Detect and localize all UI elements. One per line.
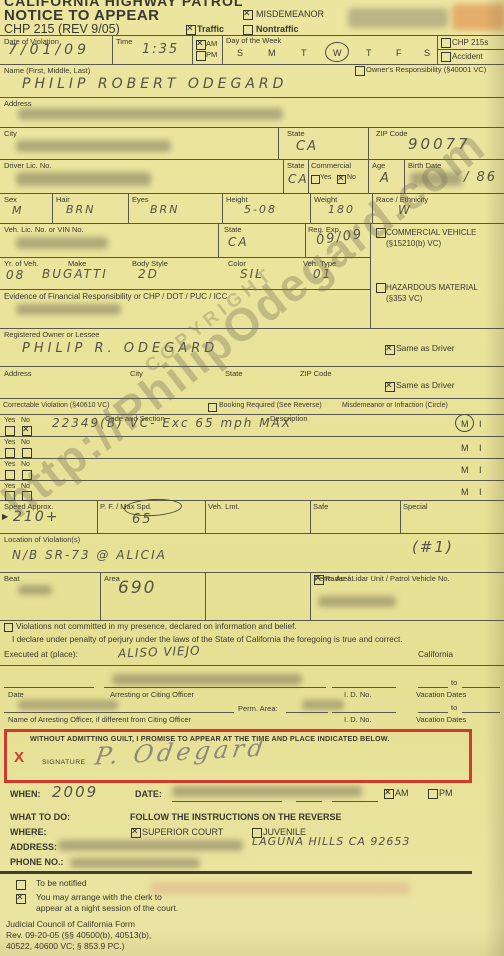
v2-no-checkbox — [22, 448, 32, 458]
day-f: F — [396, 48, 402, 58]
when-label: WHEN: — [10, 789, 41, 799]
state-label-2: State — [287, 162, 305, 171]
zip-label: ZIP Code — [376, 130, 408, 139]
chp215s-label: CHP 215s — [452, 38, 488, 47]
v4-no-label: No — [21, 483, 30, 491]
hazmat-checkbox — [376, 283, 386, 293]
commercial-no-label: No — [347, 174, 356, 182]
chp215s-checkbox — [441, 38, 451, 48]
redacted-stamp — [452, 4, 504, 30]
speed-value: 210+ — [13, 509, 59, 525]
redacted-birthdate — [410, 172, 462, 186]
vacation-dates-label-1: Vacation Dates — [416, 691, 466, 700]
v2-i-label: I — [479, 443, 482, 453]
sex-value: M — [12, 204, 24, 217]
misdemeanor-checkbox — [243, 10, 253, 20]
day-s2: S — [424, 48, 430, 58]
executed-at-label: Executed at (place): — [4, 650, 78, 660]
body-style-value: 2D — [138, 267, 159, 281]
signature-x: X — [14, 749, 24, 766]
state-value-2: CA — [288, 172, 309, 186]
state-label-3: State — [224, 226, 242, 235]
where-label: WHERE: — [10, 827, 47, 837]
beat-label: Beat — [4, 575, 19, 584]
safe-label: Safe — [313, 503, 328, 512]
bleed-through-text — [150, 882, 410, 895]
height-value: 5-08 — [244, 203, 277, 216]
not-committed-label: Violations not committed in my presence,… — [16, 622, 297, 632]
redacted-phone — [70, 858, 200, 868]
hazmat-label: HAZARDOUS MATERIAL — [386, 283, 478, 292]
v2-no-label: No — [21, 439, 30, 447]
owner-responsibility-checkbox — [355, 66, 365, 76]
appear-pm-label: PM — [439, 788, 453, 798]
same-as-driver-label-1: Same as Driver — [396, 344, 455, 354]
v4-yes-checkbox — [5, 491, 15, 501]
redacted-officer-signature — [112, 674, 302, 685]
california-label: California — [418, 650, 453, 660]
superior-court-checkbox — [131, 828, 141, 838]
executed-at-value: ALISO VIEJO — [118, 644, 201, 661]
night-session-line2: appear at a night session of the court. — [36, 904, 178, 914]
footer-line1: Judicial Council of California Form — [6, 920, 135, 930]
name-value: PHILIP ROBERT ODEGARD — [22, 76, 287, 92]
signature-label: SIGNATURE — [42, 759, 86, 767]
v3-i-label: I — [479, 465, 482, 475]
nontraffic-label: Nontraffic — [256, 24, 299, 34]
v4-i-label: I — [479, 487, 482, 497]
registered-owner-value: PHILIP R. ODEGARD — [22, 341, 218, 356]
misdemeanor-infraction-label: Misdemeanor or Infraction (Circle) — [342, 402, 448, 410]
am-label: AM — [206, 40, 217, 49]
hair-value: BRN — [66, 203, 95, 216]
arresting-officer-label: Arresting or Citing Officer — [110, 691, 194, 700]
state-label-1: State — [287, 130, 305, 139]
age-value: A — [380, 171, 391, 186]
redacted-address-handwriting — [18, 108, 283, 120]
v4-no-checkbox — [22, 491, 32, 501]
commercial-yes-checkbox — [311, 175, 320, 184]
appear-date-label: DATE: — [135, 789, 162, 799]
name-label: Name (First, Middle, Last) — [4, 67, 90, 76]
redacted-beat — [18, 585, 52, 595]
redacted-license-number — [16, 172, 151, 186]
veh-type-value: 01 — [313, 267, 332, 281]
redacted-plate — [16, 237, 108, 249]
v3-yes-label: Yes — [4, 461, 15, 469]
owner-zip-label: ZIP Code — [300, 370, 332, 379]
night-session-line1: You may arrange with the clerk to — [36, 893, 162, 903]
night-session-checkbox — [16, 894, 26, 904]
year-value: 08 — [6, 268, 25, 282]
day-s1: S — [237, 48, 243, 58]
special-label: Special — [403, 503, 428, 512]
same-as-driver-checkbox-2 — [385, 382, 395, 392]
time-label: Time — [116, 38, 132, 47]
v1-no-checkbox — [22, 426, 32, 436]
commercial-no-checkbox — [337, 175, 346, 184]
vacation-dates-label-2: Vacation Dates — [416, 716, 466, 725]
area-value: 690 — [118, 578, 156, 598]
zip-value: 90077 — [408, 135, 471, 153]
redacted-idno — [302, 700, 344, 710]
birthdate-label: Birth Date — [408, 162, 441, 171]
location-label: Location of Violation(s) — [4, 536, 80, 545]
time-value: 1:35 — [142, 42, 179, 57]
misdemeanor-label: MISDEMEANOR — [256, 9, 324, 19]
registered-owner-label: Registered Owner or Lessee — [4, 331, 99, 340]
phone-label: PHONE NO.: — [10, 857, 64, 867]
accident-checkbox — [441, 52, 451, 62]
idno-label-2: I. D. No. — [344, 716, 372, 725]
pf-maxspd-value: 65 — [132, 512, 153, 527]
chp-215-citation-form: http://PhilipOdegard.com COPYRIGHT CALIF… — [0, 0, 504, 956]
v1-m-circle — [455, 414, 474, 432]
speed-marker: ▶ — [2, 512, 8, 521]
radar-lidar-checkbox — [314, 575, 324, 585]
v2-yes-checkbox — [5, 448, 15, 458]
state-value-1: CA — [296, 139, 318, 154]
redacted-officer-name — [18, 700, 118, 710]
redacted-patrol-vehicle — [318, 596, 396, 607]
superior-court-label: SUPERIOR COURT — [142, 827, 223, 837]
driver-license-label: Driver Lic. No. — [4, 162, 52, 171]
owner-state-label: State — [225, 370, 243, 379]
state-value-3: CA — [228, 235, 249, 249]
v3-no-checkbox — [22, 470, 32, 480]
traffic-checkbox — [186, 25, 196, 35]
color-value: SIL — [240, 267, 264, 281]
commercial-vehicle-label: COMMERCIAL VEHICLE — [386, 228, 476, 237]
v2-yes-label: Yes — [4, 439, 15, 447]
v3-m-label: M — [461, 465, 469, 475]
name-of-arresting-officer-label: Name of Arresting Officer, if different … — [8, 716, 191, 725]
evidence-label: Evidence of Financial Responsibility or … — [4, 292, 227, 301]
appear-am-checkbox — [384, 789, 394, 799]
footer-line2: Rev. 09-20-05 (§§ 40500(b), 40513(b), — [6, 931, 151, 941]
city-label: City — [4, 130, 17, 139]
radar-lidar-label: Radar / Lidar Unit / Patrol Vehicle No. — [325, 575, 450, 584]
to-be-notified-label: To be notified — [36, 879, 87, 889]
v1-no-label: No — [21, 417, 30, 425]
make-value: BUGATTI — [42, 267, 108, 281]
v3-no-label: No — [21, 461, 30, 469]
to-label-2: to — [451, 704, 457, 713]
not-committed-checkbox — [4, 623, 13, 632]
commercial-vehicle-vc: (§15210(b) VC) — [386, 239, 441, 248]
veh-lmt-label: Veh. Lmt. — [208, 503, 240, 512]
correctable-label: Correctable Violation (§40610 VC) — [3, 402, 110, 410]
location-value: N/B SR-73 @ ALICIA — [12, 548, 167, 562]
commercial-yes-label: Yes — [320, 174, 331, 182]
to-label-1: to — [451, 679, 457, 688]
to-be-notified-checkbox — [16, 880, 26, 890]
commercial-vehicle-checkbox — [376, 228, 386, 238]
v1-code-value: 22349(B) VC- Exc 65 mph MAX — [52, 416, 292, 430]
redacted-court-date — [172, 786, 362, 797]
redacted-citation-number — [348, 8, 448, 28]
v2-m-label: M — [461, 443, 469, 453]
what-to-do-label: WHAT TO DO: — [10, 812, 70, 822]
day-t2: T — [366, 48, 372, 58]
booking-required-label: Booking Required (See Reverse) — [219, 402, 322, 410]
perm-area-label-2: Perm. Area: — [238, 705, 278, 714]
am-checkbox — [196, 40, 206, 50]
redacted-court-address — [58, 840, 243, 851]
date-label-officer: Date — [8, 691, 24, 700]
day-of-week-label: Day of the Week — [226, 37, 281, 46]
redacted-evidence — [16, 304, 121, 315]
v1-yes-label: Yes — [4, 417, 15, 425]
day-m: M — [268, 48, 276, 58]
perjury-statement: I declare under penalty of perjury under… — [12, 635, 403, 645]
appear-am-label: AM — [395, 788, 409, 798]
idno-label-1: I. D. No. — [344, 691, 372, 700]
eyes-value: BRN — [150, 203, 179, 216]
day-w-circle — [324, 41, 350, 63]
weight-value: 180 — [328, 203, 355, 216]
commercial-label: Commercial — [311, 162, 351, 171]
owner-city-label: City — [130, 370, 143, 379]
same-as-driver-label-2: Same as Driver — [396, 381, 455, 391]
nontraffic-checkbox — [243, 25, 253, 35]
accident-label: Accident — [452, 52, 483, 61]
court-address-label: ADDRESS: — [10, 842, 57, 852]
eyes-label: Eyes — [132, 196, 149, 205]
hazmat-vc: (§353 VC) — [386, 294, 422, 303]
court-address-visible: LAGUNA HILLS CA 92653 — [252, 835, 410, 848]
traffic-label: Traffic — [197, 24, 224, 34]
v3-yes-checkbox — [5, 470, 15, 480]
v1-yes-checkbox — [5, 426, 15, 436]
footer-line3: 40522, 40600 VC; § 853.9 PC.) — [6, 942, 125, 952]
redacted-city-handwriting — [16, 140, 171, 152]
age-label: Age — [372, 162, 385, 171]
pm-checkbox — [196, 51, 206, 61]
birthdate-visible: / 86 — [464, 170, 497, 185]
owner-responsibility-label: Owner's Responsibility (§40001 VC) — [366, 66, 486, 75]
date-of-violation-value: 7/01/09 — [8, 42, 90, 58]
booking-required-checkbox — [208, 403, 217, 412]
vehicle-license-label: Veh. Lic. No. or VIN No. — [4, 226, 84, 235]
same-as-driver-checkbox-1 — [385, 345, 395, 355]
location-note: (#1) — [412, 538, 454, 556]
when-value: 2009 — [52, 783, 98, 801]
race-value: W — [398, 203, 412, 217]
v4-m-label: M — [461, 487, 469, 497]
day-t1: T — [301, 48, 307, 58]
pm-label: PM — [206, 51, 217, 60]
owner-address-label: Address — [4, 370, 32, 379]
appear-pm-checkbox — [428, 789, 438, 799]
v1-i-label: I — [479, 419, 482, 429]
v4-yes-label: Yes — [4, 483, 15, 491]
what-to-do-value: FOLLOW THE INSTRUCTIONS ON THE REVERSE — [130, 812, 342, 822]
